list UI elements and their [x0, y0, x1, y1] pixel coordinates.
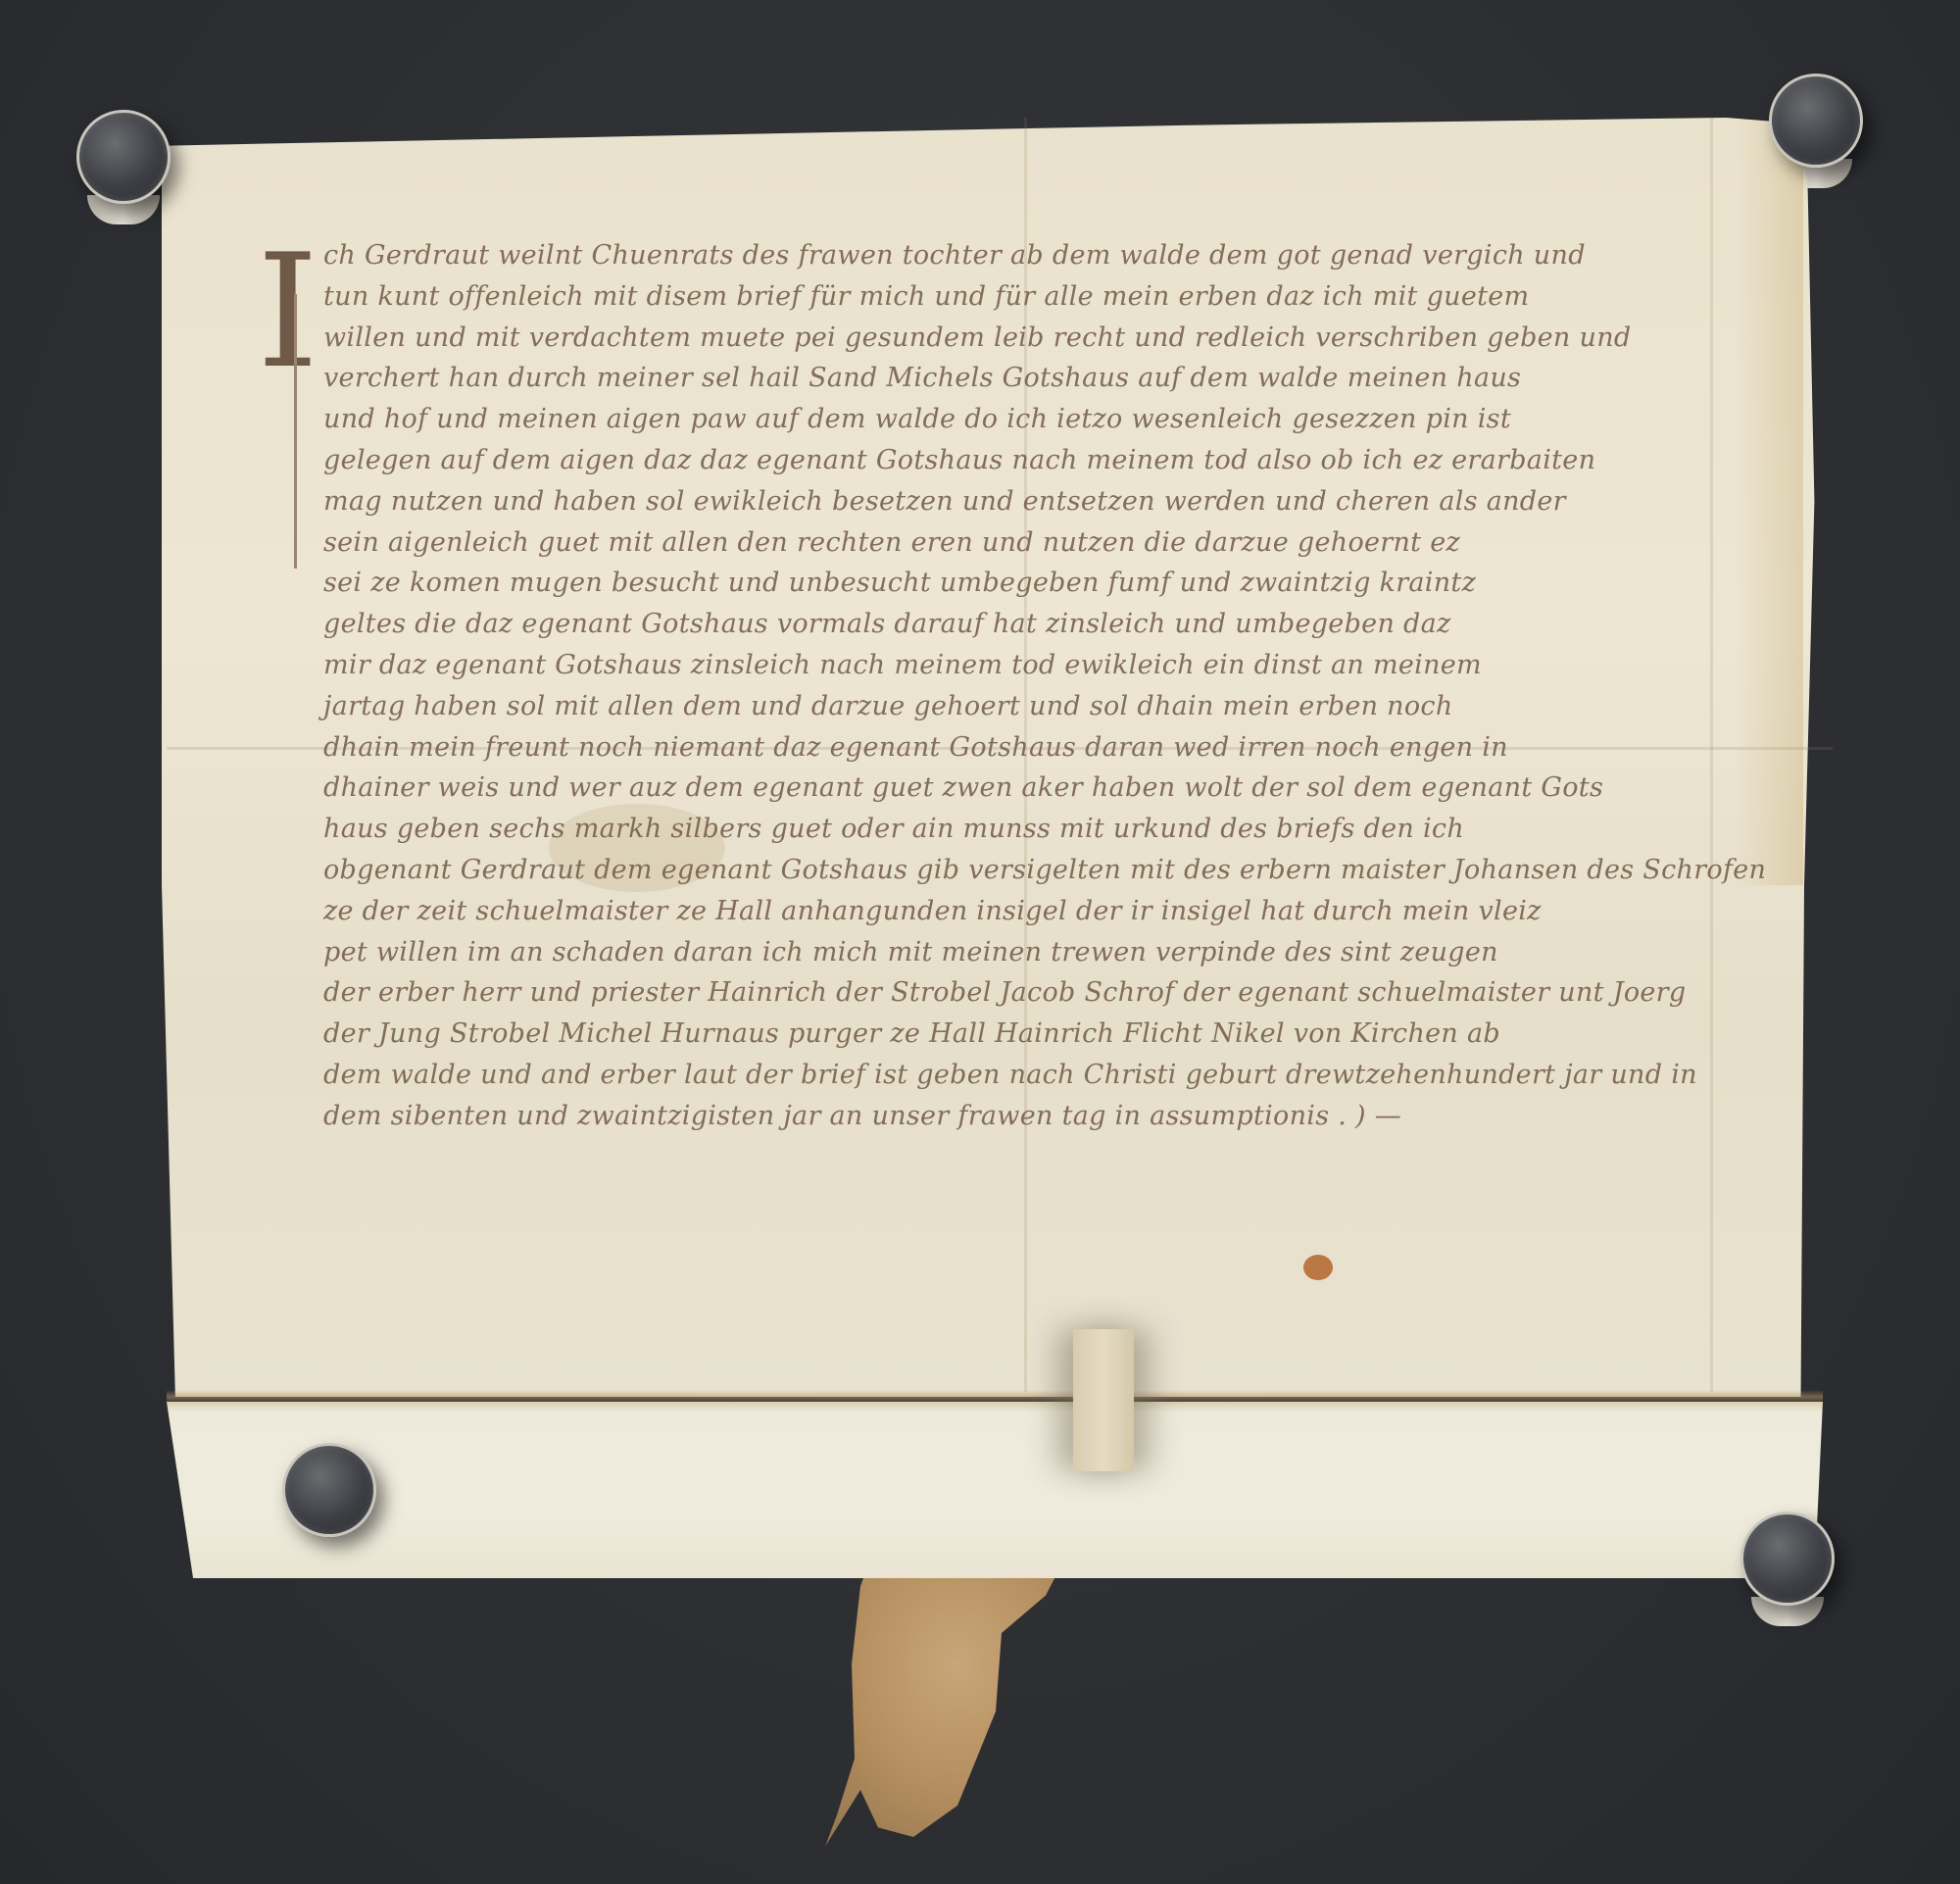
text-line-16: obgenant Gerdraut dem egenant Gotshaus g… [323, 850, 1695, 891]
text-line-7: mag nutzen und haben sol ewikleich beset… [323, 481, 1695, 522]
text-line-20: der Jung Strobel Michel Hurnaus purger z… [323, 1014, 1695, 1055]
text-line-17: ze der zeit schuelmaister ze Hall anhang… [323, 891, 1695, 932]
text-line-12: jartag haben sol mit allen dem und darzu… [323, 686, 1695, 727]
charter-text: ch Gerdraut weilnt Chuenrats des frawen … [323, 235, 1695, 1137]
weight-bottom-left-icon[interactable] [282, 1443, 376, 1537]
text-line-15: haus geben sechs markh silbers guet oder… [323, 809, 1695, 850]
text-line-10: geltes die daz egenant Gotshaus vormals … [323, 604, 1695, 645]
text-line-1: ch Gerdraut weilnt Chuenrats des frawen … [323, 235, 1695, 276]
text-line-2: tun kunt offenleich mit disem brief für … [323, 276, 1695, 318]
plica-fold [167, 1402, 1823, 1578]
text-line-21: dem walde und and erber laut der brief i… [323, 1055, 1695, 1096]
seal-tag [1073, 1329, 1134, 1471]
text-line-22-content: dem sibenten und zwaintzigisten jar an u… [323, 1101, 1329, 1131]
wax-seal [825, 1539, 1119, 1853]
text-line-14: dhainer weis und wer auz dem egenant gue… [323, 768, 1695, 809]
text-line-22: dem sibenten und zwaintzigisten jar an u… [323, 1096, 1695, 1137]
decorated-initial: I [257, 233, 306, 586]
rust-stain [1303, 1255, 1333, 1280]
text-line-19: der erber herr und priester Hainrich der… [323, 972, 1695, 1014]
text-line-18: pet willen im an schaden daran ich mich … [323, 932, 1695, 973]
weight-bottom-right-icon[interactable] [1740, 1512, 1835, 1606]
closing-mark: . ) — [1338, 1101, 1401, 1131]
text-line-8: sein aigenleich guet mit allen den recht… [323, 522, 1695, 564]
text-line-4: verchert han durch meiner sel hail Sand … [323, 358, 1695, 399]
initial-stem [294, 294, 297, 569]
plica-crease [167, 1390, 1823, 1404]
text-line-3: willen und mit verdachtem muete pei gesu… [323, 318, 1695, 359]
text-line-5: und hof und meinen aigen paw auf dem wal… [323, 399, 1695, 440]
text-line-6: gelegen auf dem aigen daz daz egenant Go… [323, 440, 1695, 481]
vertical-fold-line-right [1710, 118, 1713, 1392]
text-line-13: dhain mein freunt noch niemant daz egena… [323, 727, 1695, 768]
text-line-11: mir daz egenant Gotshaus zinsleich nach … [323, 645, 1695, 686]
text-line-9: sei ze komen mugen besucht und unbesucht… [323, 563, 1695, 604]
weight-top-right-icon[interactable] [1769, 74, 1863, 168]
weight-top-left-icon[interactable] [76, 110, 171, 204]
